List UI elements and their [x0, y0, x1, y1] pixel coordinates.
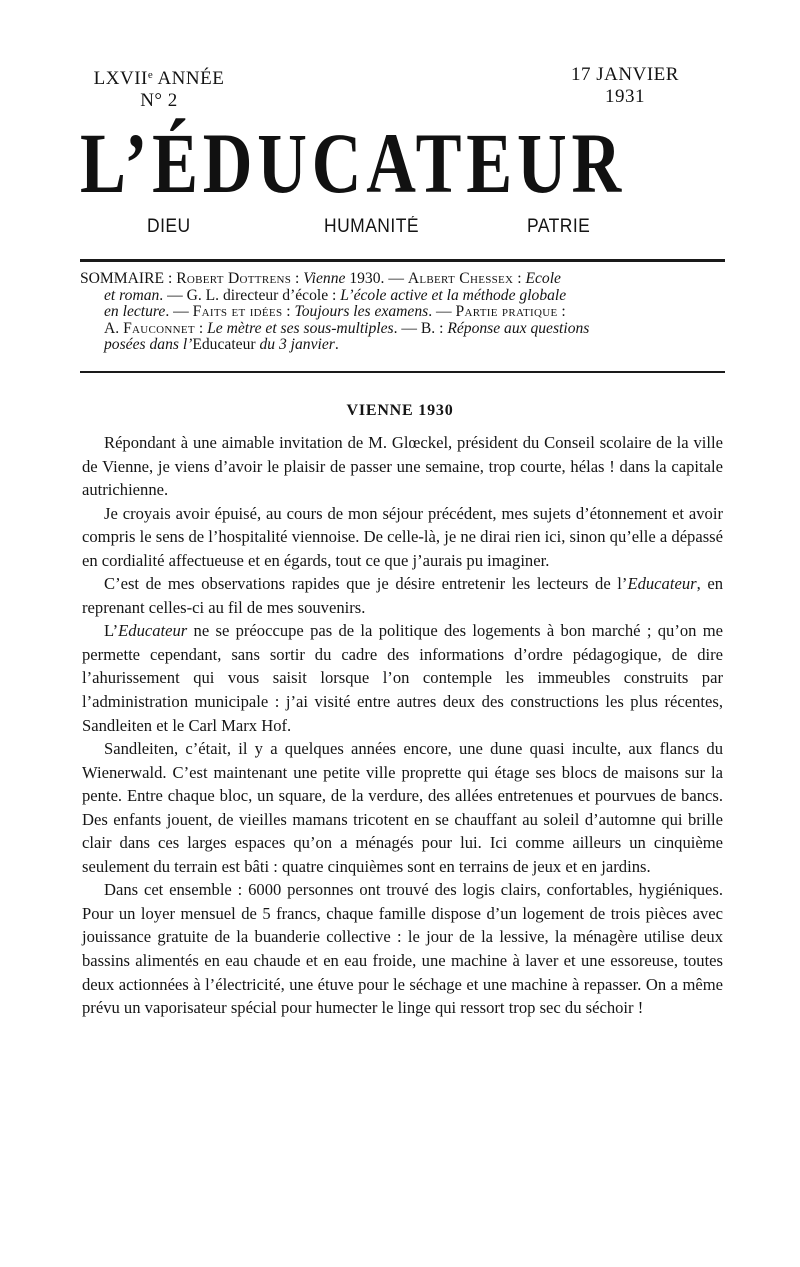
article-paragraph: Dans cet ensemble : 6000 personnes ont t… [82, 878, 723, 1019]
toc-line: en lecture. — Faits et idées : Toujours … [80, 304, 720, 321]
italic-text: Le mètre et ses sous-multiples [207, 320, 394, 337]
motto-patrie: PATRIE [527, 216, 590, 238]
text-run: . — [428, 303, 455, 320]
italic-text: et roman [104, 287, 159, 304]
text-run: : [282, 303, 294, 320]
text-run: . — B. : [394, 320, 448, 337]
volume-info: LXVIIe ANNÉE N° 2 [74, 64, 244, 112]
article-paragraph: Je croyais avoir épuisé, au cours de mon… [82, 502, 723, 573]
author-name: Partie pratique [456, 303, 558, 320]
author-name: Albert Chessex [408, 270, 514, 287]
issue-day-month: 17 JANVIER [560, 64, 690, 86]
italic-text: L’école active et la méthode globale [340, 287, 566, 304]
publication-title: L’ÉDUCATEUR [80, 118, 626, 208]
italic-text: Réponse aux questions [447, 320, 589, 337]
toc-line: et roman. — G. L. directeur d’école : L’… [80, 288, 720, 305]
text-run: A. [104, 320, 123, 337]
text-run: . — [165, 303, 192, 320]
text-run: : [291, 270, 303, 287]
author-name: Faits et idées [193, 303, 283, 320]
author-name: Robert Dottrens [176, 270, 291, 287]
article-paragraph: Sandleiten, c’était, il y a quelques ann… [82, 737, 723, 878]
italic-text: Ecole [525, 270, 561, 287]
issue-number: N° 2 [74, 90, 244, 112]
article-paragraph: C’est de mes observations rapides que je… [82, 572, 723, 619]
toc-line: posées dans l’Educateur du 3 janvier. [80, 337, 720, 354]
article-paragraph: L’Educateur ne se préoccupe pas de la po… [82, 619, 723, 737]
text-run: Educateur [192, 336, 255, 353]
text-run: : [195, 320, 207, 337]
issue-date: 17 JANVIER 1931 [560, 64, 690, 108]
table-of-contents: SOMMAIRE : Robert Dottrens : Vienne 1930… [80, 271, 720, 354]
motto-humanite: HUMANITÉ [324, 216, 419, 238]
text-run: : [513, 270, 525, 287]
italic-text: Vienne [303, 270, 345, 287]
text-run: 1930. — [345, 270, 407, 287]
motto-dieu: DIEU [147, 216, 191, 238]
text-run: : [557, 303, 565, 320]
italic-text: en lecture [104, 303, 165, 320]
newspaper-page: LXVIIe ANNÉE N° 2 17 JANVIER 1931 L’ÉDUC… [0, 0, 800, 1267]
author-name: Fauconnet [123, 320, 195, 337]
article-title: VIENNE 1930 [0, 402, 800, 420]
italic-text: Educateur [627, 574, 696, 593]
article-body: Répondant à une aimable invitation de M.… [82, 431, 723, 1020]
italic-text: posées dans l’ [104, 336, 192, 353]
italic-text: du 3 janvier [256, 336, 335, 353]
top-rule [80, 259, 725, 262]
article-paragraph: Répondant à une aimable invitation de M.… [82, 431, 723, 502]
toc-label: SOMMAIRE : [80, 270, 172, 287]
text-run: . [335, 336, 339, 353]
text-run: . — G. L. directeur d’école : [159, 287, 340, 304]
toc-line: A. Fauconnet : Le mètre et ses sous-mult… [80, 321, 720, 338]
issue-year: 1931 [560, 86, 690, 108]
italic-text: Educateur [118, 621, 187, 640]
italic-text: Toujours les examens [295, 303, 429, 320]
toc-line: SOMMAIRE : Robert Dottrens : Vienne 1930… [80, 271, 720, 288]
masthead: L’ÉDUCATEUR [80, 118, 690, 208]
bottom-rule [80, 371, 725, 373]
volume-year: LXVIIe ANNÉE [74, 64, 244, 90]
